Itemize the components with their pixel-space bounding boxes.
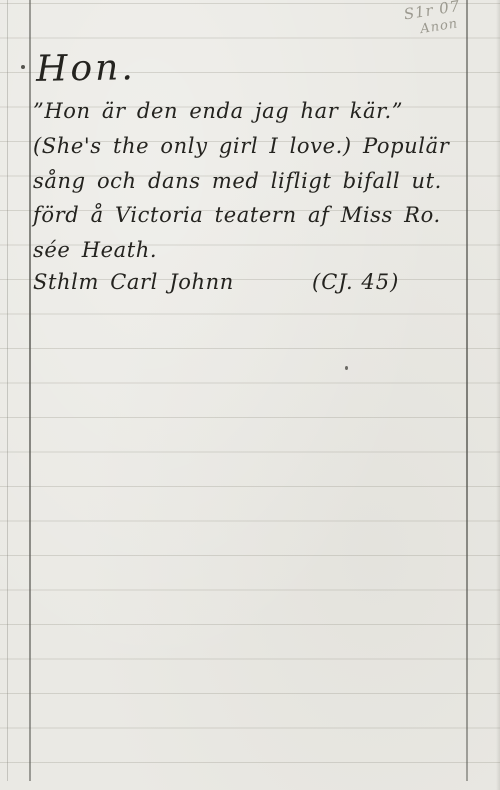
manuscript-line-quote-english: (She's the only girl I love.) Populär (33, 134, 449, 158)
ink-dot-before-title (21, 65, 25, 69)
manuscript-line-performer: sée Heath. (33, 238, 157, 262)
left-scan-edge-line (7, 0, 8, 781)
catalog-reference: (CJ. 45) (312, 270, 399, 294)
page-title: Hon. (36, 47, 136, 90)
manuscript-line-publisher: Sthlm Carl Johnn (33, 270, 234, 294)
stray-ink-speck (345, 366, 348, 370)
left-margin-rule (29, 0, 31, 781)
right-edge-shadow (496, 0, 500, 790)
manuscript-line-description-1: sång och dans med lifligt bifall ut. (33, 169, 442, 193)
right-margin-rule (466, 0, 468, 781)
manuscript-line-description-2: förd å Victoria teatern af Miss Ro. (33, 203, 441, 227)
manuscript-page: S1r 07 Anon Hon. ”Hon är den enda jag ha… (0, 0, 500, 790)
pencil-annotation: S1r 07 Anon (403, 0, 464, 40)
manuscript-line-quote-swedish: ”Hon är den enda jag har kär.” (33, 99, 403, 123)
